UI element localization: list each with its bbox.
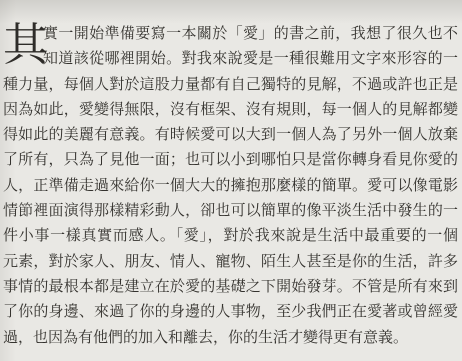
paragraph-line: 了你的身邊、來過了你的身邊的人事物，至少我們正在愛著或曾經愛	[3, 300, 458, 325]
paragraph-line: 元素，對於家人、朋友、情人、寵物、陌生人甚至是你的生活，許多	[3, 250, 458, 275]
paragraph-line: 件小事一樣真實而感人。「愛」，對於我來說是生活中最重要的一個	[3, 224, 458, 249]
paragraph-line: 因為如此，愛變得無限，沒有框架、沒有規則，每一個人的見解都變	[3, 98, 458, 123]
paragraph-line: 情節裡面演得那樣精彩動人，卻也可以簡單的像平淡生活中發生的一	[3, 199, 458, 224]
paragraph-line: 過，也因為有他們的加入和離去，你的生活才變得更有意義。	[3, 326, 458, 351]
paragraph-line: 知道該從哪裡開始。對我來說愛是一種很難用文字來形容的一	[43, 47, 458, 72]
paragraph-line: 實一開始準備要寫一本關於「愛」的書之前，我想了很久也不	[43, 22, 458, 47]
book-page: 其 實一開始準備要寫一本關於「愛」的書之前，我想了很久也不 知道該從哪裡開始。對…	[0, 0, 462, 361]
paragraph-line: 人，正準備走過來給你一個大大的擁抱那麼樣的簡單。愛可以像電影	[3, 174, 458, 199]
paragraph-line: 事情的最根本都是建立在於愛的基礎之下開始發芽。不管是所有來到	[3, 275, 458, 300]
paragraph-line: 種力量，每個人對於這股力量都有自己獨特的見解，不過或許也正是	[3, 73, 458, 98]
paragraph-line: 得如此的美麗有意義。有時候愛可以大到一個人為了另外一個人放棄	[3, 123, 458, 148]
drop-cap: 其	[3, 22, 43, 72]
paragraph-line: 了所有，只為了見他一面；也可以小到哪怕只是當你轉身看見你愛的	[3, 148, 458, 173]
